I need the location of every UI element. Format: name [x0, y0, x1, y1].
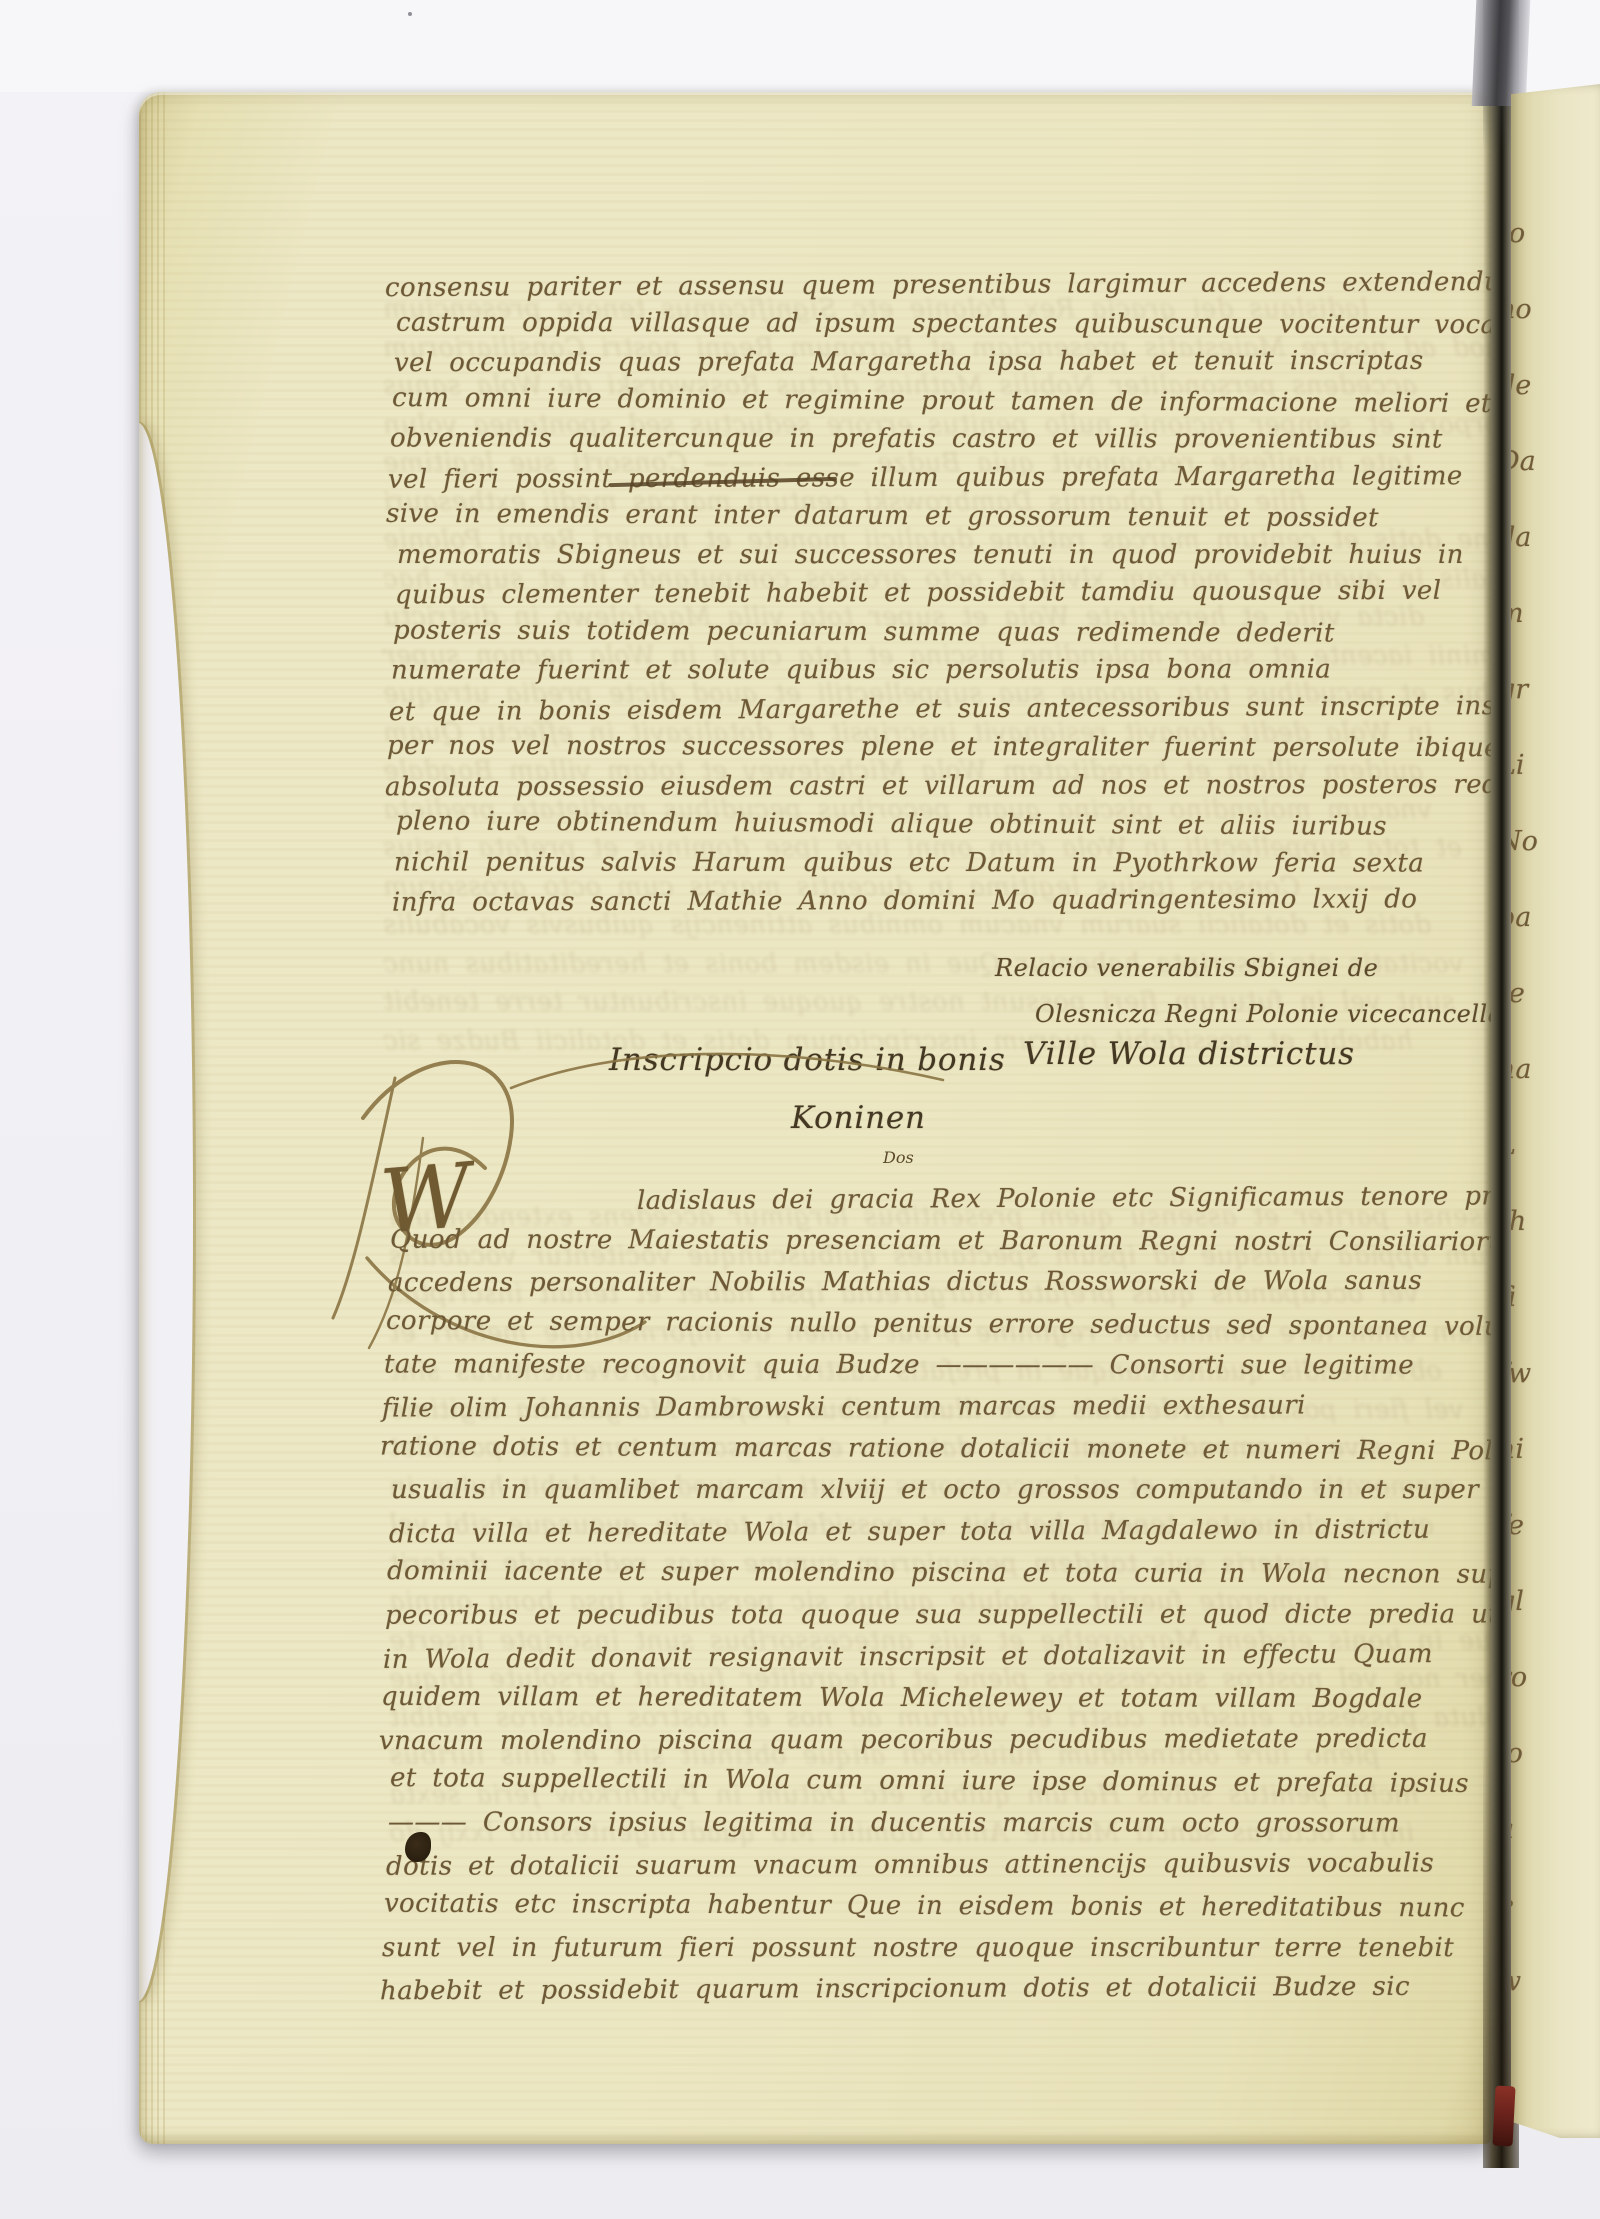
manuscript-line: numerate fuerint et solute quibus sic pe… [391, 648, 1331, 689]
manuscript-line: memoratis Sbigneus et sui successores te… [397, 534, 1464, 574]
page-edge-curve [139, 422, 193, 2002]
manuscript-line: et que in bonis eisdem Margarethe et sui… [389, 684, 1491, 730]
facing-page-fragment: a [1511, 1814, 1514, 1845]
manuscript-page: ladislaus dei gracia Rex Polonie etc Sig… [139, 92, 1491, 2144]
manuscript-line: pleno iure obtinendum huiusmodi alique o… [396, 800, 1387, 845]
facing-page-fragment: ha [1511, 1054, 1532, 1085]
manuscript-scan: ladislaus dei gracia Rex Polonie etc Sig… [0, 0, 1600, 2219]
entry-heading-part-2: Ville Wola districtus [1023, 1036, 1355, 1072]
manuscript-line: vel occupandis quas prefata Margaretha i… [394, 340, 1424, 382]
bookmark-tassel [1492, 2086, 1515, 2147]
manuscript-line: usualis in quamlibet marcam xlviij et oc… [391, 1469, 1491, 1509]
manuscript-line: obveniendis qualitercunque in prefatis c… [390, 417, 1443, 458]
charter-block-1: consensu pariter et assensu quem present… [391, 264, 1491, 944]
facing-page-fragment: Li [1511, 750, 1525, 781]
manuscript-line: consensu pariter et assensu quem present… [385, 261, 1491, 307]
manuscript-line: accedens personaliter Nobilis Mathias di… [388, 1260, 1422, 1302]
manuscript-line: dominii iacente et super molendino pisci… [387, 1551, 1491, 1595]
manuscript-line: absoluta possessio eiusdem castri et vil… [385, 763, 1491, 806]
facing-page-fragment: fi [1511, 1282, 1516, 1313]
facing-page-fragment: gl [1511, 1586, 1524, 1617]
facing-page-fragment: lo [1511, 1738, 1523, 1769]
manuscript-line: corpore et semper racionis nullo penitus… [386, 1300, 1491, 1346]
manuscript-line: ladislaus dei gracia Rex Polonie etc Sig… [379, 1175, 1491, 1222]
facing-page-fragment: e [1511, 1890, 1514, 1921]
facing-page-fragment: th [1511, 1206, 1526, 1237]
facing-page-fragment: Jo [1511, 218, 1525, 249]
chancery-signature-line-1: Relacio venerabilis Sbignei de [995, 954, 1378, 982]
facing-page-fragment: hi [1511, 1434, 1524, 1465]
manuscript-line: per nos vel nostros successores plene et… [387, 725, 1491, 767]
facing-page-fragment: fe [1511, 1510, 1524, 1541]
dust-speck [408, 12, 412, 16]
facing-page-fragment: No [1511, 826, 1538, 857]
manuscript-line: nichil penitus salvis Harum quibus etc D… [394, 841, 1424, 882]
charter-block-2: ladislaus dei gracia Rex Polonie etc Sig… [385, 1178, 1491, 2038]
facing-page-fragment: ba [1511, 902, 1531, 933]
manuscript-line: ——— Consors ipsius legitima in ducentis … [388, 1801, 1400, 1842]
facing-page-fragment: m [1511, 598, 1524, 629]
facing-page-fragment: de [1511, 370, 1531, 401]
manuscript-line: sunt vel in futurum fieri possunt nostre… [382, 1927, 1454, 1967]
facing-page-fragment: no [1511, 294, 1532, 325]
manuscript-line: cum omni iure dominio et regimine prout … [392, 377, 1491, 423]
manuscript-line: posteris suis totidem pecuniarum summe q… [393, 609, 1335, 652]
facing-page-fragment: ro [1511, 1662, 1527, 1693]
manuscript-line: dotis et dotalicii suarum vnacum omnibus… [386, 1842, 1434, 1885]
manuscript-line: pecoribus et pecudibus tota quoque sua s… [385, 1593, 1491, 1634]
facing-page-fragment: gr [1511, 674, 1528, 705]
manuscript-line: in Wola dedit donavit resignavit inscrip… [383, 1633, 1433, 1679]
manuscript-line: ratione dotis et centum marcas ratione d… [380, 1425, 1491, 1470]
facing-page-fragment: w [1511, 1966, 1521, 1997]
manuscript-line: vocitatis etc inscripta habentur Que in … [384, 1883, 1465, 1928]
manuscript-line: quidem villam et hereditatem Wola Michel… [381, 1676, 1423, 1718]
facing-page-fragment: da [1511, 522, 1531, 553]
manuscript-line: tate manifeste recognovit quia Budze ———… [384, 1344, 1414, 1385]
chancery-signature-line-2: Olesnicza Regni Polonie vicecancellarij [1035, 1000, 1491, 1028]
facing-page-fragment: L [1511, 1130, 1516, 1161]
facing-page-fragment: fw [1511, 1358, 1531, 1389]
manuscript-line: et tota suppellectili in Wola cum omni i… [390, 1757, 1469, 1803]
facing-page-fragment: te [1511, 978, 1525, 1009]
facing-page-fragment: Da [1511, 446, 1536, 477]
manuscript-line: Quod ad nostre Maiestatis presenciam et … [390, 1218, 1491, 1260]
book-clamp [1472, 0, 1531, 106]
manuscript-line: filie olim Johannis Dambrowski centum ma… [382, 1384, 1306, 1427]
manuscript-line: infra octavas sancti Mathie Anno domini … [392, 878, 1417, 921]
manuscript-line: sive in emendis erant inter datarum et g… [386, 493, 1379, 537]
facing-page-edge: JonodeDadamgrLiNobatehaLthfifwhifeglrolo… [1511, 84, 1600, 2138]
manuscript-line: castrum oppida villasque ad ipsum specta… [396, 301, 1491, 344]
manuscript-line: vnacum molendino piscina quam pecoribus … [379, 1718, 1428, 1760]
manuscript-line: dicta villa et hereditate Wola et super … [389, 1509, 1430, 1554]
manuscript-line: quibus clementer tenebit habebit et poss… [395, 570, 1442, 615]
manuscript-line: vel fieri possint perdenduis esse illum … [388, 455, 1463, 499]
manuscript-line: habebit et possidebit quarum inscripcion… [380, 1966, 1410, 2010]
